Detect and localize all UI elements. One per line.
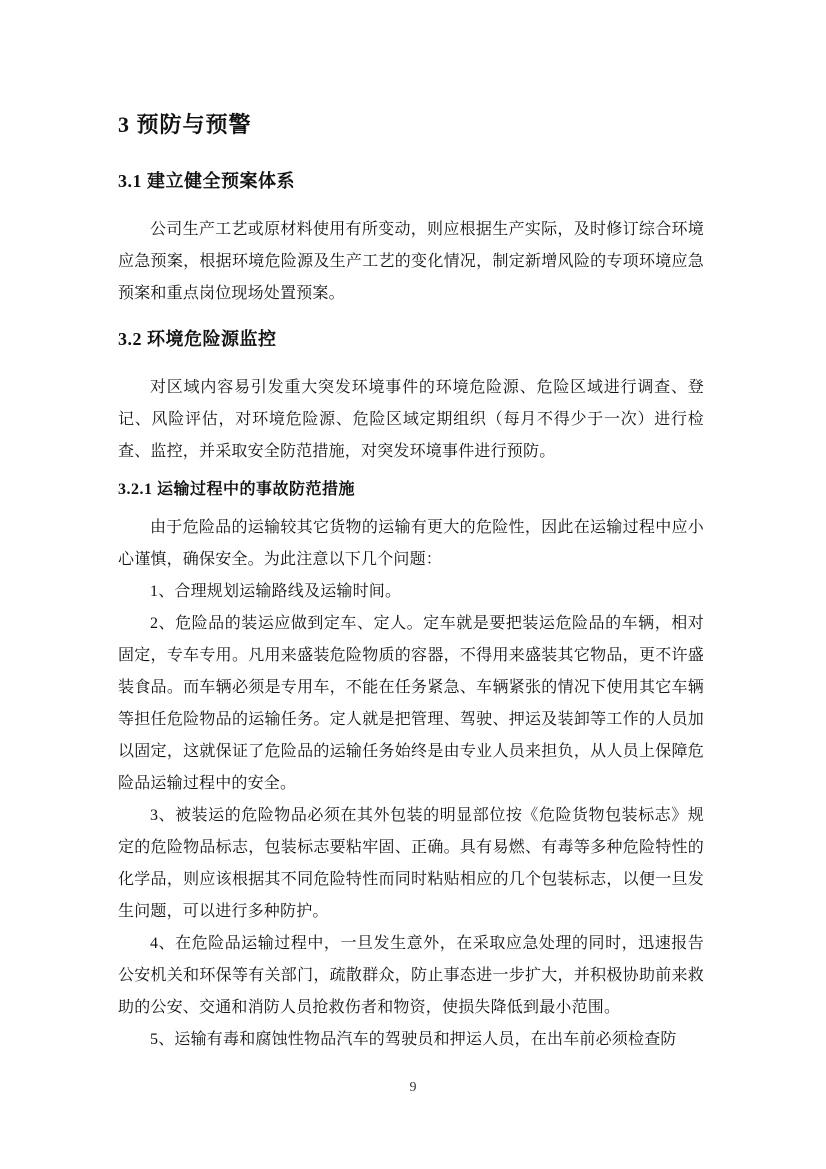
list-item-3: 3、被装运的危险物品必须在其外包装的明显部位按《危险货物包装标志》规定的危险物品… (118, 800, 704, 928)
paragraph-3-2: 对区域内容易引发重大突发环境事件的环境危险源、危险区域进行调查、登记、风险评估，… (118, 372, 704, 468)
section-heading-3-1: 3.1 建立健全预案体系 (118, 168, 704, 194)
document-content: 3 预防与预警 3.1 建立健全预案体系 公司生产工艺或原材料使用有所变动，则应… (118, 110, 704, 1056)
page-number: 9 (0, 1080, 826, 1096)
subsection-heading-3-2-1: 3.2.1 运输过程中的事故防范措施 (118, 478, 704, 502)
chapter-heading: 3 预防与预警 (118, 110, 704, 140)
list-item-2: 2、危险品的装运应做到定车、定人。定车就是要把装运危险品的车辆，相对固定，专车专… (118, 608, 704, 800)
section-heading-3-2: 3.2 环境危险源监控 (118, 326, 704, 352)
list-item-4: 4、在危险品运输过程中，一旦发生意外，在采取应急处理的同时，迅速报告公安机关和环… (118, 928, 704, 1024)
document-page: 3 预防与预警 3.1 建立健全预案体系 公司生产工艺或原材料使用有所变动，则应… (0, 0, 826, 1169)
list-item-1: 1、合理规划运输路线及运输时间。 (118, 576, 704, 608)
list-item-5: 5、运输有毒和腐蚀性物品汽车的驾驶员和押运人员，在出车前必须检查防 (118, 1024, 704, 1056)
paragraph-3-1: 公司生产工艺或原材料使用有所变动，则应根据生产实际，及时修订综合环境应急预案，根… (118, 214, 704, 310)
paragraph-3-2-1-intro: 由于危险品的运输较其它货物的运输有更大的危险性，因此在运输过程中应小心谨慎，确保… (118, 512, 704, 576)
